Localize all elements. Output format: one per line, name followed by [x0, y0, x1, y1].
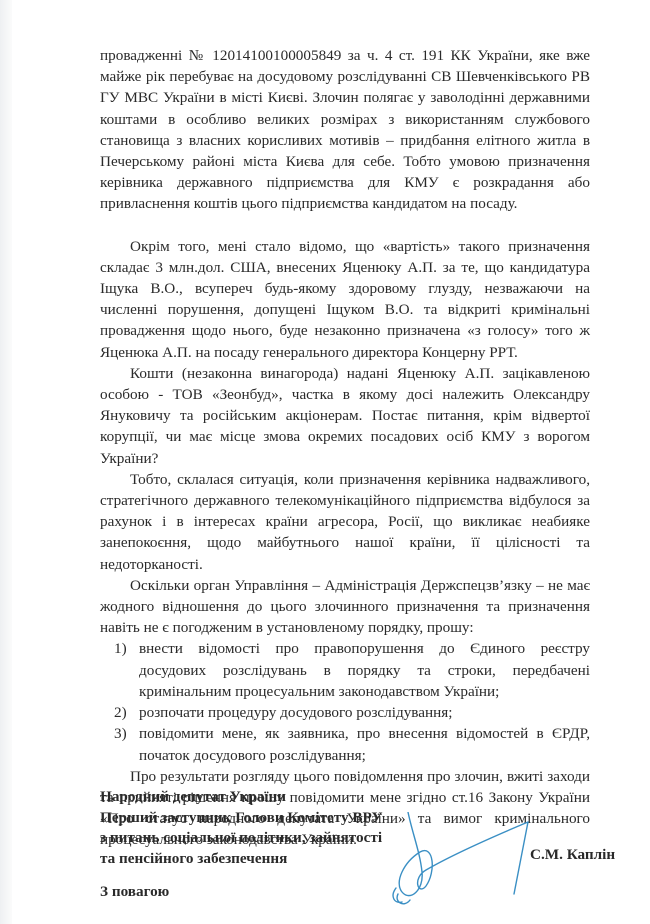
request-item: 3) повідомити мене, як заявника, про вне…	[100, 723, 590, 765]
page-edge	[0, 0, 12, 924]
request-text: внести відомості про правопорушення до Є…	[139, 640, 590, 699]
request-number: 2)	[114, 702, 127, 723]
signature-title-line: Перший заступник Голови Комітету ВРУ	[100, 808, 640, 829]
paragraph-request-intro: Оскільки орган Управління – Адміністраці…	[100, 575, 590, 639]
request-item: 1) внести відомості про правопорушення д…	[100, 638, 590, 702]
paragraph-situation: Тобто, склалася ситуація, коли призначен…	[100, 469, 590, 575]
request-list: 1) внести відомості про правопорушення д…	[100, 638, 590, 765]
request-number: 3)	[114, 723, 127, 744]
letter-body: провадженні № 12014100100005849 за ч. 4 …	[100, 45, 590, 902]
signatory-name: С.М. Каплін	[530, 846, 615, 864]
signature-title-line: Народний депутат України	[100, 787, 640, 808]
paragraph-case-details: провадженні № 12014100100005849 за ч. 4 …	[100, 45, 590, 215]
handwritten-signature-icon	[390, 812, 540, 912]
request-text: розпочати процедуру досудового розслідув…	[139, 704, 452, 721]
request-number: 1)	[114, 638, 127, 659]
paragraph-appointment-cost: Окрім того, мені стало відомо, що «варті…	[100, 236, 590, 363]
request-item: 2) розпочати процедуру досудового розслі…	[100, 702, 590, 723]
request-text: повідомити мене, як заявника, про внесен…	[139, 725, 590, 763]
paragraph-bribe-source: Кошти (незаконна винагорода) надані Яцен…	[100, 363, 590, 469]
